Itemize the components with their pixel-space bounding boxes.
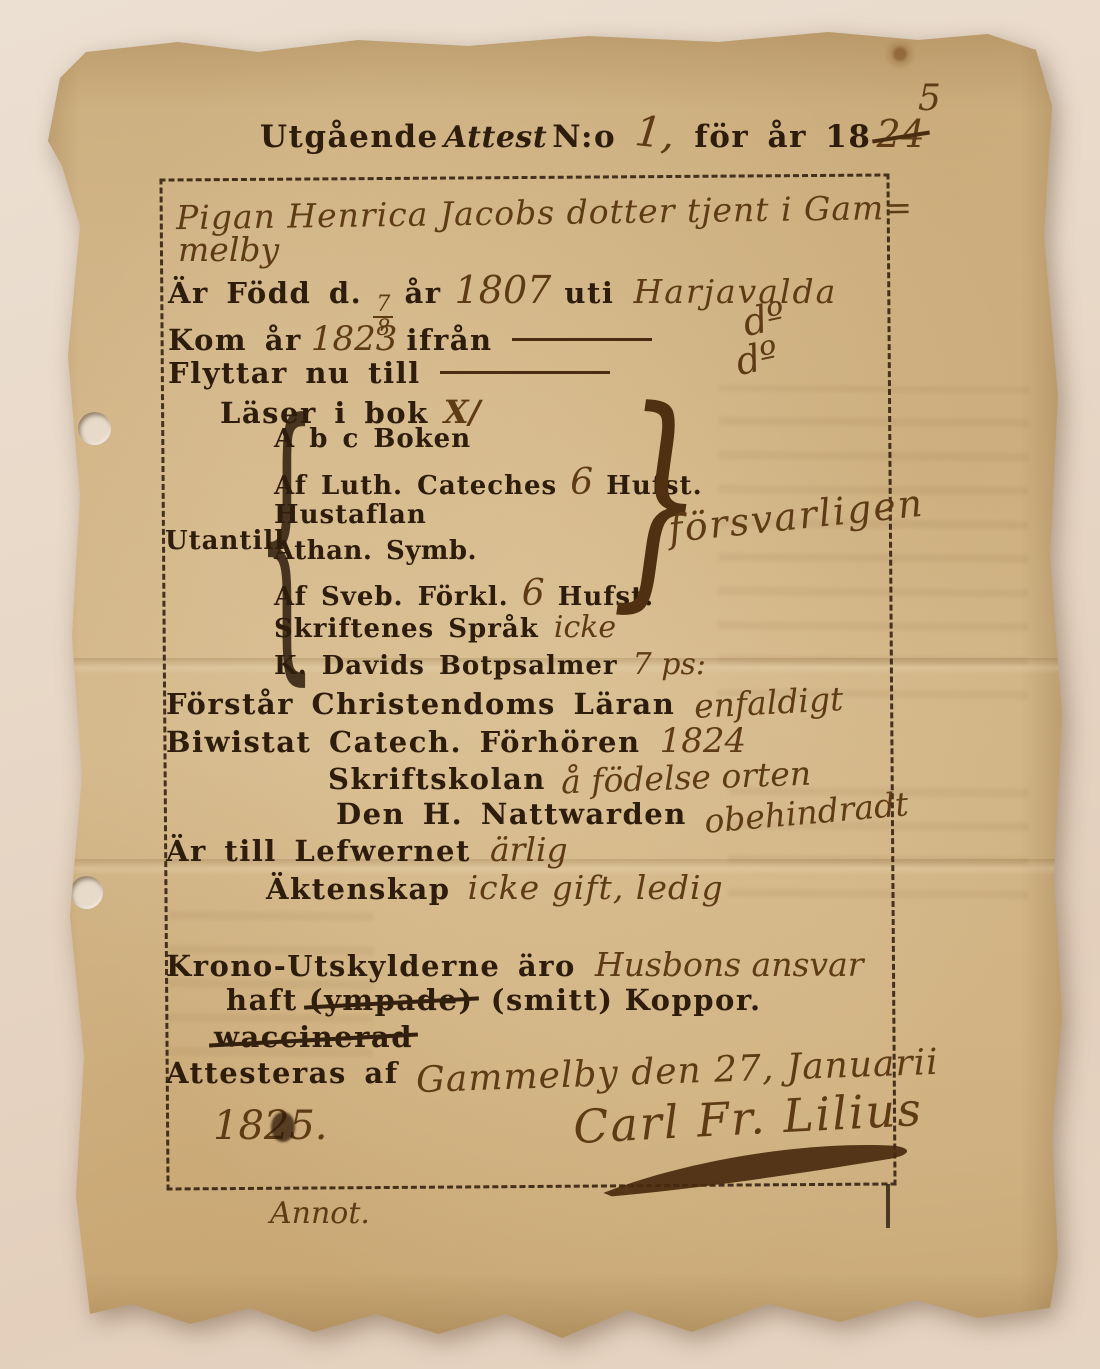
blank-dash-line [512,338,652,341]
attestation-label: Attesteras af [166,1056,399,1090]
utantill-item-abc: A b c Boken [274,424,471,454]
item-forkl-count-handwritten: 6 [522,573,545,614]
item-sprak-label: Skriftenes Språk [274,614,539,644]
item-sprak-value-handwritten: icke [554,610,616,645]
smallpox-ympade-struck: (ympade) [309,983,474,1017]
birth-day: 7 [373,294,393,318]
catechism-row: Biwistat Catech. Förhören 1824 [166,721,746,761]
year-correction-handwritten: 5 [918,78,941,119]
punch-hole [78,412,111,445]
understands-label: Förstår Christendoms Läran [166,687,675,721]
person-name-line2: melby [178,230,279,269]
year-correction-group: 24 5 [877,112,925,156]
birth-place-handwritten: Harjavalda [634,272,838,311]
punch-hole [70,876,103,909]
ink-blot [271,1112,295,1142]
crown-taxes-row: Krono-Utskylderne äro Husbons ansvar [166,945,864,984]
blank-dash-line [440,371,610,374]
title-number-label: N:o [552,119,616,155]
born-year-label: år [404,276,441,310]
certificate-paper: Utgående Attest N:o 1, för år 18 24 5 Pi… [28,16,1072,1352]
moves-to-row: Flyttar nu till [168,356,626,390]
utantill-item-botpsalmer: K. Davids Botpsalmer 7 ps: [274,647,706,682]
came-year-handwritten: 1823 [311,319,398,359]
understands-value-handwritten: enfaldigt [693,679,844,726]
smallpox-prefix: haft [226,983,298,1017]
marriage-row: Äktenskap icke gift, ledig [266,868,724,907]
utantill-item-sprak: Skriftenes Språk icke [274,610,616,645]
born-label: Är Född d. [168,276,362,310]
crown-taxes-value-handwritten: Husbons ansvar [595,945,864,984]
conduct-row: Är till Lefwernet ärlig [166,830,568,869]
annotation-label: Annot. [270,1196,370,1231]
crown-taxes-label: Krono-Utskylderne äro [166,949,576,983]
came-from-label: ifrån [406,323,492,357]
smallpox-smitt: (smitt) [491,983,614,1017]
frame-border-extension [886,1184,890,1228]
confirmation-school-label: Skriftskolan [328,762,546,796]
conduct-label: Är till Lefwernet [166,834,471,868]
ditto-mark: dº [732,332,782,384]
item-botpsalmer-label: K. Davids Botpsalmer [274,651,618,681]
born-in-label: uti [564,276,614,310]
utantill-item-hustaflan: Hustaflan [274,500,427,530]
attest-number-handwritten: 1, [633,106,678,159]
item-cateches-label: Af Luth. Cateches [274,471,557,501]
utantill-item-forkl: Af Sveb. Förkl. 6 Hufst. [274,573,654,614]
item-forkl-label: Af Sveb. Förkl. [274,582,509,612]
confirmation-school-row: Skriftskolan å födelse orten [328,758,811,797]
attestation-row: Attesteras af Gammelby den 27, Januarii [166,1051,939,1092]
item-botpsalmer-value-handwritten: 7 ps: [633,647,706,682]
birth-year-handwritten: 1807 [455,268,552,312]
understands-row: Förstår Christendoms Läran enfaldigt [166,683,844,722]
certificate-paper-wrapper: Utgående Attest N:o 1, för år 18 24 5 Pi… [28,16,1072,1352]
catechism-label: Biwistat Catech. Förhören [166,725,641,759]
came-from-row: Kom år 1823 ifrån [168,319,668,359]
vaccinated-struck: waccinerad [214,1020,413,1054]
came-label: Kom år [168,323,302,357]
item-cateches-count-handwritten: 6 [570,462,593,503]
smallpox-suffix: Koppor. [625,983,762,1017]
right-brace-handwritten: } [611,388,705,608]
conduct-value-handwritten: ärlig [490,830,568,869]
title-year-prefix: för år 18 [694,119,871,155]
marriage-value-handwritten: icke gift, ledig [468,868,724,907]
title-printed-prefix: Utgående [260,119,439,155]
title-attest-word: Attest [444,120,547,155]
marriage-label: Äktenskap [266,872,451,906]
utantill-item-athan: Athan. Symb. [274,536,477,566]
document-title: Utgående Attest N:o 1, för år 18 24 5 [260,108,925,157]
communion-row: Den H. Nattwarden obehindradt [336,793,908,832]
communion-label: Den H. Nattwarden [336,797,687,831]
catechism-year-handwritten: 1824 [660,721,747,761]
smallpox-row: haft (ympade) (smitt) Koppor. [226,983,762,1017]
